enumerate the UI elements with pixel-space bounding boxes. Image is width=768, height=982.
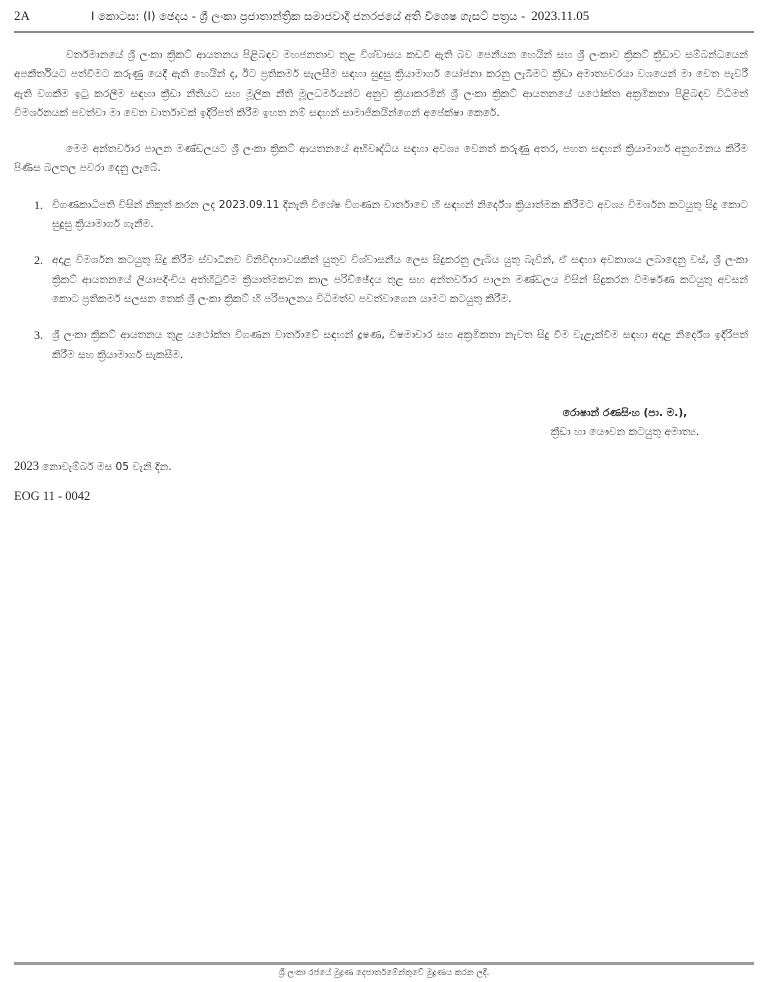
list-item: 3. ශ්‍රී ලංකා ක්‍රිකට් ආයතනය තුළ යථෝක්ත … <box>14 326 748 365</box>
page-number: 2A <box>14 8 30 24</box>
issue-date-text: නොවැම්බර් මස 05 වැනි දින. <box>42 461 172 473</box>
gazette-date: 2023.11.05 <box>531 8 589 23</box>
paragraph-powers: මෙම අන්තර්වාර පාලන මණ්ඩලයට ශ්‍රී ලංකා ක්… <box>14 140 748 179</box>
printer-footer: ශ්‍රී ලංකා රජයේ මුද්‍රණ දෙපාර්තමේන්තුවේ … <box>0 968 768 978</box>
list-item-number: 1. <box>34 196 43 215</box>
header-divider <box>14 31 754 33</box>
list-item-text: ශ්‍රී ලංකා ක්‍රිකට් ආයතනය තුළ යථෝක්ත විග… <box>52 329 748 360</box>
paragraph-intro: වර්තමානයේ ශ්‍රී ලංකා ක්‍රිකට් ආයතනය පිළි… <box>14 46 748 123</box>
issue-date: 2023 නොවැම්බර් මස 05 වැනි දින. <box>14 459 172 474</box>
gazette-title: I කොටස: (I) ඡෙදය - ශ්‍රී ලංකා ප්‍රජාතාන්… <box>91 8 589 24</box>
page-header: 2A I කොටස: (I) ඡෙදය - ශ්‍රී ලංකා ප්‍රජාත… <box>14 6 754 28</box>
signature-block: රොෂාන් රණසිංහ (පා. ම.), ක්‍රීඩා හා යෞවන … <box>500 404 750 442</box>
signatory-designation: ක්‍රීඩා හා යෞවන කටයුතු අමාත්‍ය. <box>500 423 750 442</box>
list-item-number: 2. <box>34 251 43 270</box>
list-item: 1. විගණකාධිපති විසින් නිකුත් කරන ලද 2023… <box>14 196 748 235</box>
list-item-text: විගණකාධිපති විසින් නිකුත් කරන ලද 2023.09… <box>52 199 748 230</box>
reference-number: EOG 11 - 0042 <box>14 489 90 504</box>
signatory-name: රොෂාන් රණසිංහ (පා. ම.), <box>500 404 750 423</box>
issue-year: 2023 <box>14 459 39 473</box>
document-body: වර්තමානයේ ශ්‍රී ලංකා ක්‍රිකට් ආයතනය පිළි… <box>14 46 748 382</box>
footer-divider <box>14 962 754 965</box>
list-item-number: 3. <box>34 326 43 345</box>
list-item-text: අදාළ විමර්ශන කටයුතු සිදු කිරීම ස්වාධීනව … <box>52 254 748 305</box>
list-item: 2. අදාළ විමර්ශන කටයුතු සිදු කිරීම ස්වාධී… <box>14 251 748 309</box>
powers-list: 1. විගණකාධිපති විසින් නිකුත් කරන ලද 2023… <box>14 196 748 365</box>
gazette-title-text: I කොටස: (I) ඡෙදය - ශ්‍රී ලංකා ප්‍රජාතාන්… <box>91 9 525 23</box>
